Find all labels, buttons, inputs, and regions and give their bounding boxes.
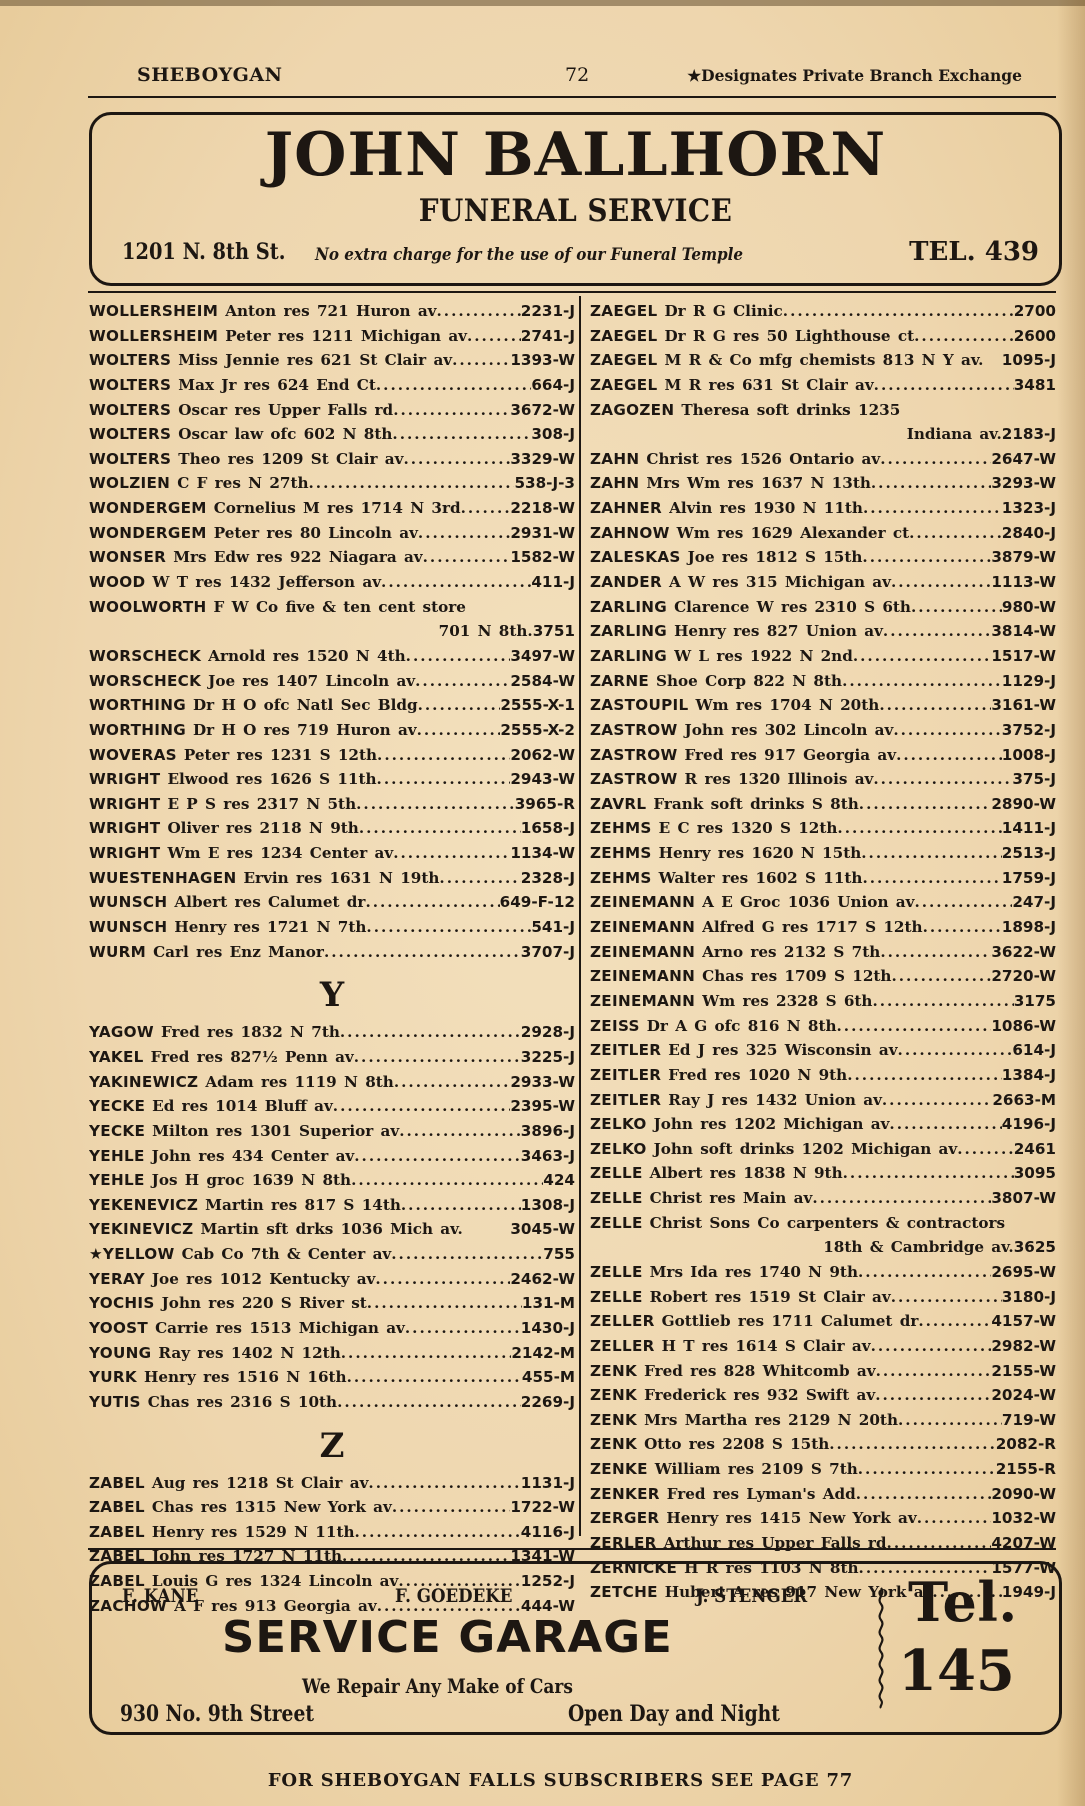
listing-surname: YAKEL bbox=[89, 1045, 144, 1070]
dot-leader bbox=[873, 767, 1012, 792]
dot-leader bbox=[889, 1112, 1001, 1137]
listing-surname: YECKE bbox=[89, 1119, 145, 1144]
dot-leader bbox=[847, 1063, 1002, 1088]
listing-surname: ZABEL bbox=[89, 1495, 145, 1520]
listing-phone-number: 4116-J bbox=[521, 1520, 575, 1545]
dot-leader bbox=[875, 1383, 991, 1408]
listing-entry: WRIGHTE P S res 2317 N 5th3965-R bbox=[89, 792, 575, 817]
listing-details: Dr H O ofc Natl Sec Bldg bbox=[193, 693, 418, 718]
dot-leader bbox=[394, 1070, 511, 1095]
dot-leader bbox=[887, 1531, 992, 1556]
listing-details: Frederick res 932 Swift av bbox=[644, 1383, 875, 1408]
partner-name: F. KANE bbox=[122, 1586, 198, 1607]
listing-phone-number: 3625 bbox=[1014, 1235, 1056, 1260]
listing-entry: ZELKOJohn res 1202 Michigan av4196-J bbox=[590, 1112, 1056, 1137]
listing-surname: WOLTERS bbox=[89, 447, 171, 472]
listing-entry: WOLZIENC F res N 27th538-J-3 bbox=[89, 471, 575, 496]
listing-details: Oliver res 2118 N 9th bbox=[167, 816, 358, 841]
listing-surname: ZERGER bbox=[590, 1506, 659, 1531]
listing-phone-number: 3180-J bbox=[1002, 1285, 1056, 1310]
listing-details: Robert res 1519 St Clair av bbox=[650, 1285, 891, 1310]
listing-surname: WORTHING bbox=[89, 718, 186, 743]
listing-end-rule bbox=[88, 1548, 1056, 1550]
listing-phone-number: 4157-W bbox=[991, 1309, 1056, 1334]
listing-details: F W Co five & ten cent store bbox=[214, 595, 466, 620]
listing-surname: WOLTERS bbox=[89, 422, 171, 447]
listing-details: Theo res 1209 St Clair av bbox=[178, 447, 403, 472]
listing-details: Christ res Main av bbox=[650, 1186, 813, 1211]
listing-entry: ZAHNMrs Wm res 1637 N 13th3293-W bbox=[590, 471, 1056, 496]
listing-entry: YEHLEJohn res 434 Center av3463-J bbox=[89, 1144, 575, 1169]
listing-details: M R res 631 St Clair av bbox=[664, 373, 873, 398]
listing-phone-number: 2155-W bbox=[991, 1359, 1056, 1384]
dot-leader bbox=[439, 866, 520, 891]
listing-details: Oscar res Upper Falls rd bbox=[178, 398, 393, 423]
dot-leader bbox=[461, 496, 511, 521]
dot-leader bbox=[341, 1341, 512, 1366]
listing-details: Jos H groc 1639 N 8th bbox=[152, 1168, 351, 1193]
dot-leader bbox=[882, 1088, 992, 1113]
listing-surname: WURM bbox=[89, 940, 146, 965]
listing-surname: ZAGOZEN bbox=[590, 398, 674, 423]
listing-entry: WUESTENHAGENErvin res 1631 N 19th2328-J bbox=[89, 866, 575, 891]
listing-details: E P S res 2317 N 5th bbox=[167, 792, 356, 817]
listing-entry: YURKHenry res 1516 N 16th455-M bbox=[89, 1365, 575, 1390]
ad-slogan: We Repair Any Make of Cars bbox=[302, 1674, 573, 1698]
listing-entry: WOLLERSHEIMPeter res 1211 Michigan av274… bbox=[89, 324, 575, 349]
listing-entry: ZENKERFred res Lyman's Add2090-W bbox=[590, 1482, 1056, 1507]
listing-surname: WUNSCH bbox=[89, 890, 167, 915]
listing-phone-number: 1759-J bbox=[1002, 866, 1056, 891]
listing-details: Dr H O res 719 Huron av bbox=[193, 718, 417, 743]
listing-details: John soft drinks 1202 Michigan av bbox=[654, 1137, 958, 1162]
listing-continuation: 18th & Cambridge av.3625 bbox=[590, 1235, 1056, 1260]
ad-address: 930 No. 9th Street bbox=[120, 1701, 314, 1727]
listing-entry: ZANDERA W res 315 Michigan av1113-W bbox=[590, 570, 1056, 595]
listing-details: Wm E res 1234 Center av bbox=[167, 841, 393, 866]
dot-leader bbox=[883, 619, 991, 644]
dot-leader bbox=[392, 422, 531, 447]
dot-leader bbox=[406, 644, 511, 669]
listing-surname: ZEHMS bbox=[590, 866, 652, 891]
listing-details: Joe res 1012 Kentucky av bbox=[152, 1267, 376, 1292]
running-head: SHEBOYGAN 72 ★Designates Private Branch … bbox=[137, 64, 1022, 92]
listing-details: Clarence W res 2310 S 6th bbox=[674, 595, 911, 620]
listing-entry: ZARLINGW L res 1922 N 2nd1517-W bbox=[590, 644, 1056, 669]
section-letter-heading: Z bbox=[89, 1415, 575, 1471]
dot-leader bbox=[861, 841, 1002, 866]
listing-details: Henry res 1721 N 7th bbox=[174, 915, 366, 940]
listing-surname: ZASTROW bbox=[590, 718, 678, 743]
listing-details: Mrs Martha res 2129 N 20th bbox=[644, 1408, 898, 1433]
listing-details: Cab Co 7th & Center av bbox=[182, 1242, 392, 1267]
listing-details: Chas res 1315 New York av bbox=[152, 1495, 392, 1520]
listing-details: Ray res 1402 N 12th bbox=[158, 1341, 340, 1366]
listing-details: Henry res 1620 N 15th bbox=[659, 841, 862, 866]
listing-details: Fred res Lyman's Add bbox=[667, 1482, 856, 1507]
listing-entry: ZELLEChrist res Main av3807-W bbox=[590, 1186, 1056, 1211]
page-binding-shadow bbox=[1057, 0, 1085, 1806]
dot-leader bbox=[376, 373, 531, 398]
listing-details: Ray J res 1432 Union av bbox=[668, 1088, 882, 1113]
dot-leader bbox=[918, 1309, 991, 1334]
listing-surname: ZALESKAS bbox=[590, 545, 681, 570]
listing-details: John res 220 S River st bbox=[162, 1291, 367, 1316]
listing-entry: ZEINEMANNAlfred G res 1717 S 12th1898-J bbox=[590, 915, 1056, 940]
dot-leader bbox=[862, 866, 1001, 891]
listing-entry: YECKEMilton res 1301 Superior av3896-J bbox=[89, 1119, 575, 1144]
listing-details: Alfred G res 1717 S 12th bbox=[702, 915, 922, 940]
listing-details: Fred res 1020 N 9th bbox=[668, 1063, 847, 1088]
listing-phone-number: 1722-W bbox=[510, 1495, 575, 1520]
listing-phone-number: 2555-X-1 bbox=[500, 693, 575, 718]
listing-phone-number: 614-J bbox=[1012, 1038, 1056, 1063]
ad-bottom-rule bbox=[88, 291, 1056, 293]
listing-surname: YEKINEVICZ bbox=[89, 1217, 193, 1242]
directory-column-right: ZAEGELDr R G Clinic2700ZAEGELDr R G res … bbox=[590, 299, 1056, 1605]
listing-surname: ZANDER bbox=[590, 570, 662, 595]
listing-phone-number: 455-M bbox=[522, 1365, 575, 1390]
listing-phone-number: 3463-J bbox=[521, 1144, 575, 1169]
listing-entry: YAGOWFred res 1832 N 7th2928-J bbox=[89, 1020, 575, 1045]
listing-entry: ZERGERHenry res 1415 New York av1032-W bbox=[590, 1506, 1056, 1531]
listing-continuation: 701 N 8th.3751 bbox=[89, 619, 575, 644]
dot-leader bbox=[911, 595, 1002, 620]
listing-surname: ZELKO bbox=[590, 1137, 647, 1162]
listing-phone-number: 1393-W bbox=[510, 348, 575, 373]
listing-entry: ZASTROWFred res 917 Georgia av1008-J bbox=[590, 743, 1056, 768]
listing-surname: ZEITLER bbox=[590, 1088, 661, 1113]
listing-entry: ZEHMSWalter res 1602 S 11th1759-J bbox=[590, 866, 1056, 891]
listing-phone-number: 308-J bbox=[531, 422, 575, 447]
listing-surname: ZEINEMANN bbox=[590, 989, 695, 1014]
listing-details: Henry res 1516 N 16th bbox=[144, 1365, 347, 1390]
listing-phone-number: 1430-J bbox=[521, 1316, 575, 1341]
listing-details: Aug res 1218 St Clair av bbox=[152, 1471, 369, 1496]
listing-phone-number: 3095 bbox=[1014, 1161, 1056, 1186]
listing-phone-number: 2695-W bbox=[991, 1260, 1056, 1285]
listing-phone-number: 3752-J bbox=[1002, 718, 1056, 743]
listing-surname: ZENK bbox=[590, 1359, 637, 1384]
listing-surname: WRIGHT bbox=[89, 792, 160, 817]
listing-details: Fred res 917 Georgia av bbox=[685, 743, 897, 768]
dot-leader bbox=[842, 669, 1002, 694]
listing-entry: WUNSCHAlbert res Calumet dr649-F-12 bbox=[89, 890, 575, 915]
listing-phone-number: 1008-J bbox=[1002, 743, 1056, 768]
listing-surname: ZELLE bbox=[590, 1211, 643, 1236]
listing-details: Christ Sons Co carpenters & contractors bbox=[650, 1211, 1005, 1236]
listing-surname: YAKINEWICZ bbox=[89, 1070, 198, 1095]
ad-address: 1201 N. 8th St. bbox=[122, 239, 285, 265]
listing-details: Christ res 1526 Ontario av bbox=[646, 447, 880, 472]
listing-surname: YEKENEVICZ bbox=[89, 1193, 198, 1218]
listing-entry: ZELLERH T res 1614 S Clair av2982-W bbox=[590, 1334, 1056, 1359]
dot-leader bbox=[909, 521, 1002, 546]
listing-entry: WONSERMrs Edw res 922 Niagara av1582-W bbox=[89, 545, 575, 570]
city-name: SHEBOYGAN bbox=[137, 64, 283, 86]
scroll-ornament-icon bbox=[874, 1586, 888, 1710]
listing-surname: ZARNE bbox=[590, 669, 649, 694]
listing-entry: YUTISChas res 2316 S 10th2269-J bbox=[89, 1390, 575, 1415]
listing-entry: ZEHMSE C res 1320 S 12th1411-J bbox=[590, 816, 1056, 841]
listing-surname: ZAHN bbox=[590, 447, 639, 472]
listing-entry: ZASTROWR res 1320 Illinois av375-J bbox=[590, 767, 1056, 792]
dot-leader bbox=[437, 299, 521, 324]
listing-phone-number: 1411-J bbox=[1002, 816, 1056, 841]
listing-phone-number: 2142-M bbox=[511, 1341, 575, 1366]
dot-leader bbox=[917, 1506, 992, 1531]
listing-phone-number: 411-J bbox=[531, 570, 575, 595]
listing-surname: ZEISS bbox=[590, 1014, 640, 1039]
listing-details: W T res 1432 Jefferson av bbox=[152, 570, 381, 595]
listing-surname: WOLTERS bbox=[89, 348, 171, 373]
listing-entry: ZEINEMANNArno res 2132 S 7th3622-W bbox=[590, 940, 1056, 965]
listing-phone-number: 1308-J bbox=[521, 1193, 575, 1218]
listing-phone-number: 2231-J bbox=[521, 299, 575, 324]
listing-phone-number: 2647-W bbox=[991, 447, 1056, 472]
dot-leader bbox=[914, 324, 1014, 349]
listing-surname: ZAVRL bbox=[590, 792, 646, 817]
listing-phone-number: 2218-W bbox=[510, 496, 575, 521]
listing-phone-number: 3707-J bbox=[521, 940, 575, 965]
dot-leader bbox=[896, 743, 1002, 768]
listing-phone-number: 3497-W bbox=[510, 644, 575, 669]
listing-details: Miss Jennie res 621 St Clair av bbox=[178, 348, 452, 373]
listing-surname: ZEHMS bbox=[590, 841, 652, 866]
listing-details: Max Jr res 624 End Ct bbox=[178, 373, 376, 398]
dot-leader bbox=[351, 1168, 543, 1193]
dot-leader bbox=[417, 718, 501, 743]
listing-entry: ZAHNERAlvin res 1930 N 11th1323-J bbox=[590, 496, 1056, 521]
listing-entry: ZELLEChrist Sons Co carpenters & contrac… bbox=[590, 1211, 1056, 1236]
listing-surname: ZEITLER bbox=[590, 1063, 661, 1088]
listing-details: Arnold res 1520 N 4th bbox=[208, 644, 406, 669]
listing-surname: ZASTOUPIL bbox=[590, 693, 688, 718]
dot-leader bbox=[853, 644, 991, 669]
ad-tel-label: Tel. bbox=[908, 1570, 1018, 1634]
listing-phone-number: 664-J bbox=[531, 373, 575, 398]
listing-entry: ZAEGELDr R G res 50 Lighthouse ct2600 bbox=[590, 324, 1056, 349]
ad-slogan: No extra charge for the use of our Funer… bbox=[315, 245, 743, 264]
listing-surname: ZEINEMANN bbox=[590, 940, 695, 965]
listing-surname: ZAEGEL bbox=[590, 348, 657, 373]
listing-phone-number: 2513-J bbox=[1002, 841, 1056, 866]
listing-surname: ZAEGEL bbox=[590, 373, 657, 398]
listing-entry: ZENKOtto res 2208 S 15th2082-R bbox=[590, 1432, 1056, 1457]
service-garage-ad: F. KANE F. GOEDEKE J. STENGER SERVICE GA… bbox=[89, 1561, 1062, 1735]
listing-entry: WOLTERSMiss Jennie res 621 St Clair av13… bbox=[89, 348, 575, 373]
listing-entry: ZELKOJohn soft drinks 1202 Michigan av24… bbox=[590, 1137, 1056, 1162]
listing-details: John res 302 Lincoln av bbox=[685, 718, 894, 743]
listing-surname: WRIGHT bbox=[89, 841, 160, 866]
listing-details: Peter res 1211 Michigan av bbox=[225, 324, 467, 349]
listing-surname: WOLTERS bbox=[89, 373, 171, 398]
dot-leader bbox=[923, 915, 1002, 940]
listing-surname: YECKE bbox=[89, 1094, 145, 1119]
listing-phone-number: 2555-X-2 bbox=[500, 718, 575, 743]
dot-leader bbox=[893, 718, 1001, 743]
listing-phone-number: 3751 bbox=[533, 619, 575, 644]
dot-leader bbox=[871, 1334, 992, 1359]
listing-surname: ZAEGEL bbox=[590, 324, 657, 349]
dot-leader bbox=[898, 1408, 1002, 1433]
listing-phone-number: 1323-J bbox=[1002, 496, 1056, 521]
dot-leader bbox=[356, 792, 515, 817]
listing-details: John res 434 Center av bbox=[152, 1144, 355, 1169]
listing-phone-number: 424 bbox=[543, 1168, 575, 1193]
listing-details: Martin res 817 S 14th bbox=[205, 1193, 401, 1218]
dot-leader bbox=[391, 1242, 543, 1267]
listing-entry: ZAHNOWWm res 1629 Alexander ct2840-J bbox=[590, 521, 1056, 546]
dot-leader bbox=[812, 1186, 991, 1211]
listing-surname: ZERLER bbox=[590, 1531, 657, 1556]
dot-leader bbox=[957, 1137, 1014, 1162]
listing-entry: YEKINEVICZMartin sft drks 1036 Mich av.3… bbox=[89, 1217, 575, 1242]
listing-entry: YAKELFred res 827½ Penn av3225-J bbox=[89, 1045, 575, 1070]
listing-details: Adam res 1119 N 8th bbox=[205, 1070, 393, 1095]
listing-surname: WOLZIEN bbox=[89, 471, 170, 496]
listing-details: Fred res 828 Whitcomb av bbox=[644, 1359, 875, 1384]
listing-entry: ZEITLERRay J res 1432 Union av2663-M bbox=[590, 1088, 1056, 1113]
listing-phone-number: 719-W bbox=[1002, 1408, 1056, 1433]
listing-entry: ZABELHenry res 1529 N 11th4116-J bbox=[89, 1520, 575, 1545]
listing-entry: WONDERGEMCornelius M res 1714 N 3rd2218-… bbox=[89, 496, 575, 521]
listing-phone-number: 375-J bbox=[1012, 767, 1056, 792]
listing-surname: WUNSCH bbox=[89, 915, 167, 940]
listing-phone-number: 649-F-12 bbox=[500, 890, 575, 915]
listing-details: Mrs Edw res 922 Niagara av bbox=[173, 545, 422, 570]
dot-leader bbox=[837, 816, 1001, 841]
listing-surname: ZELLE bbox=[590, 1186, 643, 1211]
listing-phone-number: 1129-J bbox=[1002, 669, 1056, 694]
listing-details: Dr A G ofc 816 N 8th bbox=[647, 1014, 837, 1039]
listing-details: Walter res 1602 S 11th bbox=[659, 866, 863, 891]
listing-entry: ZELLEMrs Ida res 1740 N 9th2695-W bbox=[590, 1260, 1056, 1285]
dot-leader bbox=[309, 471, 515, 496]
listing-details: Henry res 827 Union av bbox=[674, 619, 883, 644]
listing-surname: WOLLERSHEIM bbox=[89, 299, 218, 324]
listing-surname: WONDERGEM bbox=[89, 496, 207, 521]
listing-phone-number: 1134-W bbox=[510, 841, 575, 866]
listing-surname: ZELKO bbox=[590, 1112, 647, 1137]
dot-leader bbox=[359, 816, 521, 841]
ad-tel-number: 145 bbox=[898, 1638, 1015, 1704]
listing-phone-number: 755 bbox=[543, 1242, 575, 1267]
listing-entry: YOOSTCarrie res 1513 Michigan av1430-J bbox=[89, 1316, 575, 1341]
listing-surname: ZELLER bbox=[590, 1309, 655, 1334]
listing-phone-number: 980-W bbox=[1002, 595, 1056, 620]
listing-surname: ZELLER bbox=[590, 1334, 655, 1359]
listing-entry: YERAYJoe res 1012 Kentucky av2462-W bbox=[89, 1267, 575, 1292]
dot-leader bbox=[783, 299, 1014, 324]
listing-entry: YECKEEd res 1014 Bluff av2395-W bbox=[89, 1094, 575, 1119]
listing-details: Peter res 1231 S 12th bbox=[184, 743, 377, 768]
dot-leader bbox=[375, 1267, 510, 1292]
page-number: 72 bbox=[565, 64, 589, 86]
listing-surname: ZASTROW bbox=[590, 743, 678, 768]
listing-phone-number: 3045-W bbox=[510, 1217, 575, 1242]
listing-details: Gottlieb res 1711 Calumet dr bbox=[662, 1309, 919, 1334]
listing-entry: WORTHINGDr H O res 719 Huron av2555-X-2 bbox=[89, 718, 575, 743]
listing-surname: ★YELLOW bbox=[89, 1242, 175, 1267]
listing-surname: ZAEGEL bbox=[590, 299, 657, 324]
listing-phone-number: 2461 bbox=[1014, 1137, 1056, 1162]
listing-details: A W res 315 Michigan av bbox=[669, 570, 891, 595]
dot-leader bbox=[862, 545, 991, 570]
listing-surname: ZEINEMANN bbox=[590, 890, 695, 915]
listing-phone-number: 1113-W bbox=[991, 570, 1056, 595]
dot-leader bbox=[393, 841, 510, 866]
listing-phone-number: 3329-W bbox=[510, 447, 575, 472]
listing-details: W L res 1922 N 2nd bbox=[674, 644, 853, 669]
listing-surname: WOOD bbox=[89, 570, 145, 595]
ad-business-name: SERVICE GARAGE bbox=[222, 1612, 673, 1663]
ad-business-type: FUNERAL SERVICE bbox=[140, 193, 1010, 229]
listing-entry: YEHLEJos H groc 1639 N 8th424 bbox=[89, 1168, 575, 1193]
listing-surname: YOCHIS bbox=[89, 1291, 155, 1316]
listing-details: Fred res 827½ Penn av bbox=[151, 1045, 354, 1070]
listing-details: Otto res 2208 S 15th bbox=[644, 1432, 829, 1457]
listing-phone-number: 1095-J bbox=[1002, 348, 1056, 373]
pbx-legend: ★Designates Private Branch Exchange bbox=[687, 66, 1022, 85]
listing-surname: ZAHNER bbox=[590, 496, 662, 521]
listing-entry: WOLLERSHEIMAnton res 721 Huron av2231-J bbox=[89, 299, 575, 324]
listing-details: Chas res 2316 S 10th bbox=[148, 1390, 337, 1415]
listing-entry: WONDERGEMPeter res 80 Lincoln av2931-W bbox=[89, 521, 575, 546]
listing-details: Chas res 1709 S 12th bbox=[702, 964, 891, 989]
dot-leader bbox=[880, 447, 991, 472]
listing-phone-number: 3814-W bbox=[991, 619, 1056, 644]
listing-phone-number: 3293-W bbox=[991, 471, 1056, 496]
listing-details: Milton res 1301 Superior av bbox=[152, 1119, 399, 1144]
listing-phone-number: 3965-R bbox=[515, 792, 575, 817]
listing-details: William res 2109 S 7th bbox=[655, 1457, 858, 1482]
listing-surname: WRIGHT bbox=[89, 816, 160, 841]
dot-leader bbox=[403, 447, 510, 472]
listing-details: M R & Co mfg chemists 813 N Y av. bbox=[664, 348, 983, 373]
listing-phone-number: 2090-W bbox=[991, 1482, 1056, 1507]
listing-entry: ZEINEMANNWm res 2328 S 6th3175 bbox=[590, 989, 1056, 1014]
listing-phone-number: 2890-W bbox=[991, 792, 1056, 817]
dot-leader bbox=[381, 570, 531, 595]
listing-details: Albert res 1838 N 9th bbox=[650, 1161, 843, 1186]
dot-leader bbox=[872, 989, 1013, 1014]
listing-entry: ZENKFrederick res 932 Swift av2024-W bbox=[590, 1383, 1056, 1408]
ad-hours: Open Day and Night bbox=[568, 1701, 780, 1727]
dot-leader bbox=[467, 324, 521, 349]
listing-phone-number: 4196-J bbox=[1002, 1112, 1056, 1137]
listing-entry: WRIGHTOliver res 2118 N 9th1658-J bbox=[89, 816, 575, 841]
listing-phone-number: 2933-W bbox=[510, 1070, 575, 1095]
listing-entry: WORTHINGDr H O ofc Natl Sec Bldg2555-X-1 bbox=[89, 693, 575, 718]
listing-entry: YAKINEWICZAdam res 1119 N 8th2933-W bbox=[89, 1070, 575, 1095]
listing-details: Peter res 80 Lincoln av bbox=[214, 521, 418, 546]
listing-phone-number: 2741-J bbox=[521, 324, 575, 349]
listing-phone-number: 1032-W bbox=[991, 1506, 1056, 1531]
listing-entry: ZEHMSHenry res 1620 N 15th2513-J bbox=[590, 841, 1056, 866]
listing-phone-number: 2931-W bbox=[510, 521, 575, 546]
partner-name: J. STENGER bbox=[696, 1586, 807, 1607]
listing-details: Mrs Ida res 1740 N 9th bbox=[650, 1260, 858, 1285]
listing-surname: WOVERAS bbox=[89, 743, 177, 768]
listing-surname: WUESTENHAGEN bbox=[89, 866, 236, 891]
dot-leader bbox=[366, 915, 531, 940]
listing-details: Alvin res 1930 N 11th bbox=[669, 496, 863, 521]
listing-surname: ZEHMS bbox=[590, 816, 652, 841]
listing-surname: ZABEL bbox=[89, 1520, 145, 1545]
listing-phone-number: 1658-J bbox=[521, 816, 575, 841]
dot-leader bbox=[859, 792, 992, 817]
